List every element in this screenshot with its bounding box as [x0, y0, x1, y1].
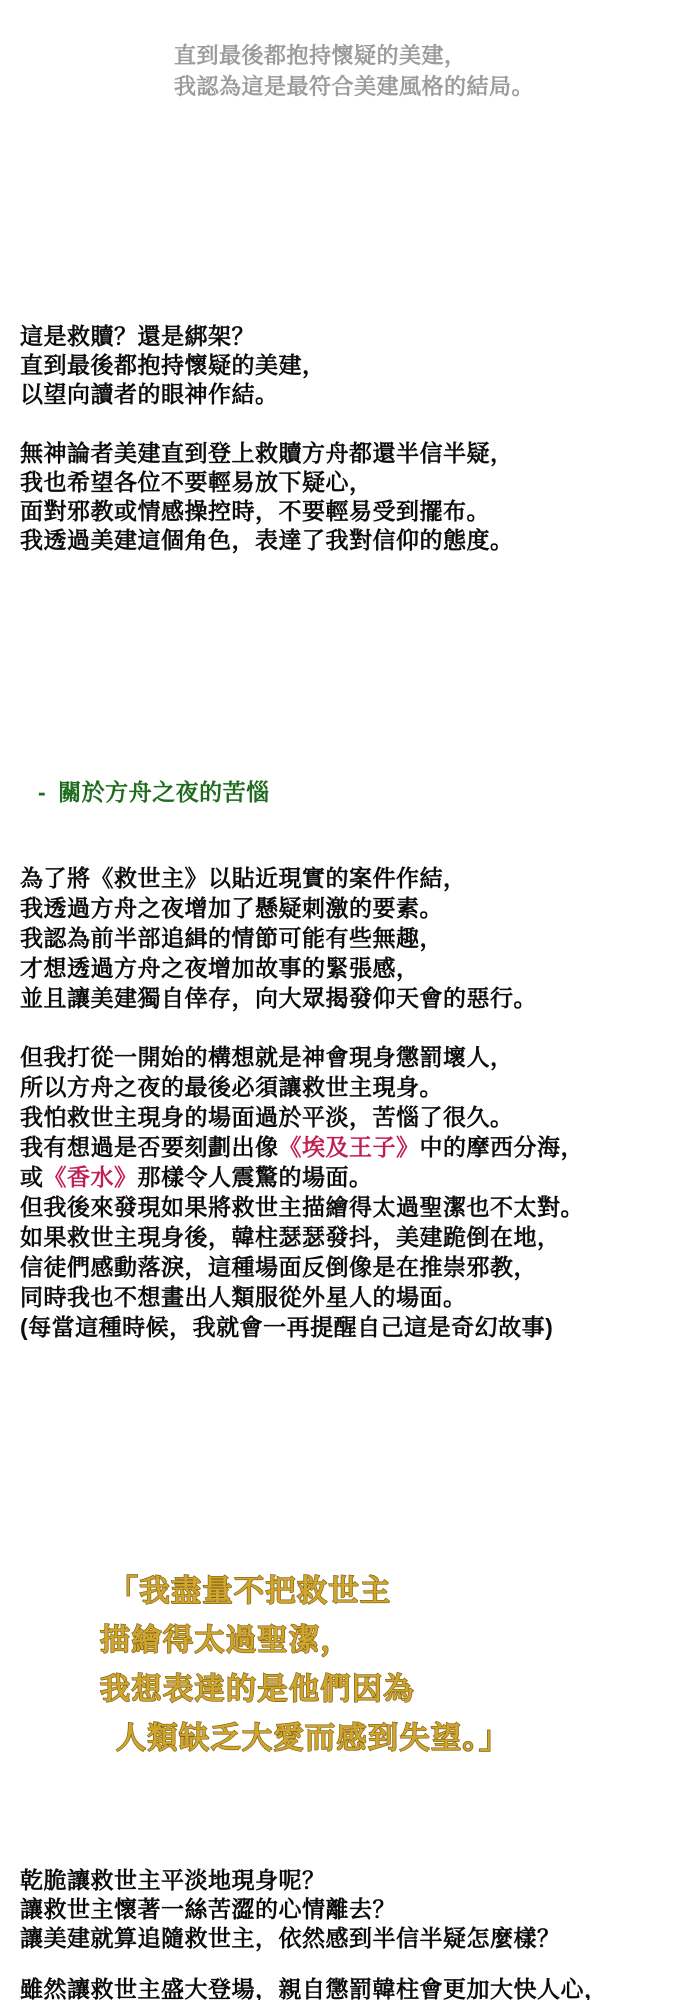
- intro-quote-gray: 直到最後都抱持懷疑的美建， 我認為這是最符合美建風格的結局。: [174, 40, 534, 102]
- text-line: 直到最後都抱持懷疑的美建，: [20, 351, 326, 380]
- text-line: 為了將《救世主》以貼近現實的案件作結，: [20, 863, 537, 893]
- article-page: 直到最後都抱持懷疑的美建， 我認為這是最符合美建風格的結局。 這是救贖？還是綁架…: [0, 0, 690, 2000]
- text-line: 並且讓美建獨自倖存，向大眾揭發仰天會的惡行。: [20, 983, 537, 1013]
- text-line: 但我後來發現如果將救世主描繪得太過聖潔也不太對。: [20, 1192, 584, 1222]
- movie-title-perfume: 《香水》: [44, 1164, 138, 1190]
- paragraph-alternative-ideas: 乾脆讓救世主平淡地現身呢？ 讓救世主懷著一絲苦澀的心情離去？ 讓美建就算追隨救世…: [20, 1866, 561, 1953]
- paragraph-ending-question: 這是救贖？還是綁架？ 直到最後都抱持懷疑的美建， 以望向讀者的眼神作結。: [20, 322, 326, 409]
- text-line: 雖然讓救世主盛大登場，親自懲罰韓柱會更加大快人心，: [20, 1975, 608, 2000]
- paragraph-ark-purpose: 為了將《救世主》以貼近現實的案件作結， 我透過方舟之夜增加了懸疑刺激的要素。 我…: [20, 863, 537, 1013]
- text-segment: 我有想過是否要刻劃出像: [20, 1134, 279, 1160]
- section-heading-ark-night: -關於方舟之夜的苦惱: [38, 777, 270, 807]
- paragraph-atheist-faith: 無神論者美建直到登上救贖方舟都還半信半疑， 我也希望各位不要輕易放下疑心， 面對…: [20, 439, 514, 555]
- text-line: 讓美建就算追隨救世主，依然感到半信半疑怎麼樣？: [20, 1924, 561, 1953]
- text-line-movie-perfume: 或《香水》那樣令人震驚的場面。: [20, 1162, 584, 1192]
- text-line: 直到最後都抱持懷疑的美建，: [174, 40, 534, 71]
- text-line: 如果救世主現身後，韓柱瑟瑟發抖，美建跪倒在地，: [20, 1222, 584, 1252]
- movie-title-egypt-prince: 《埃及王子》: [279, 1134, 420, 1160]
- text-line: 我透過美建這個角色，表達了我對信仰的態度。: [20, 526, 514, 555]
- text-line: 信徒們感動落淚，這種場面反倒像是在推崇邪教，: [20, 1252, 584, 1282]
- text-line: 我怕救世主現身的場面過於平淡，苦惱了很久。: [20, 1102, 584, 1132]
- text-line: 同時我也不想畫出人類服從外星人的場面。: [20, 1282, 584, 1312]
- text-line: 以望向讀者的眼神作結。: [20, 380, 326, 409]
- quote-line: 我想表達的是他們因為: [100, 1665, 511, 1714]
- paragraph-savior-appearance: 但我打從一開始的構想就是神會現身懲罰壞人， 所以方舟之夜的最後必須讓救世主現身。…: [20, 1042, 584, 1342]
- gold-pull-quote: 「我盡量不把救世主 描繪得太過聖潔， 我想表達的是他們因為 人類缺乏大愛而感到失…: [100, 1567, 511, 1763]
- text-line: 讓救世主懷著一絲苦澀的心情離去？: [20, 1895, 561, 1924]
- text-line: (每當這種時候，我就會一再提醒自己這是奇幻故事): [20, 1312, 584, 1342]
- quote-line: 「我盡量不把救世主: [108, 1567, 511, 1616]
- text-line: 所以方舟之夜的最後必須讓救世主現身。: [20, 1072, 584, 1102]
- quote-line: 描繪得太過聖潔，: [100, 1616, 511, 1665]
- text-line: 我認為這是最符合美建風格的結局。: [174, 71, 534, 102]
- text-line: 我認為前半部追緝的情節可能有些無趣，: [20, 923, 537, 953]
- quote-line: 人類缺乏大愛而感到失望。」: [116, 1714, 511, 1763]
- text-line: 面對邪教或情感操控時，不要輕易受到擺布。: [20, 497, 514, 526]
- text-line: 乾脆讓救世主平淡地現身呢？: [20, 1866, 561, 1895]
- paragraph-final-cutoff: 雖然讓救世主盛大登場，親自懲罰韓柱會更加大快人心，: [20, 1975, 608, 2000]
- text-segment: 那樣令人震驚的場面。: [138, 1164, 373, 1190]
- text-line: 我也希望各位不要輕易放下疑心，: [20, 468, 514, 497]
- text-line: 我透過方舟之夜增加了懸疑刺激的要素。: [20, 893, 537, 923]
- text-segment: 中的摩西分海，: [420, 1134, 585, 1160]
- text-line: 但我打從一開始的構想就是神會現身懲罰壞人，: [20, 1042, 584, 1072]
- text-line: 才想透過方舟之夜增加故事的緊張感，: [20, 953, 537, 983]
- heading-dash: -: [38, 779, 46, 805]
- text-segment: 或: [20, 1164, 44, 1190]
- heading-title: 關於方舟之夜的苦惱: [58, 779, 270, 805]
- text-line: 這是救贖？還是綁架？: [20, 322, 326, 351]
- text-line: 無神論者美建直到登上救贖方舟都還半信半疑，: [20, 439, 514, 468]
- text-line-movie-egypt: 我有想過是否要刻劃出像《埃及王子》中的摩西分海，: [20, 1132, 584, 1162]
